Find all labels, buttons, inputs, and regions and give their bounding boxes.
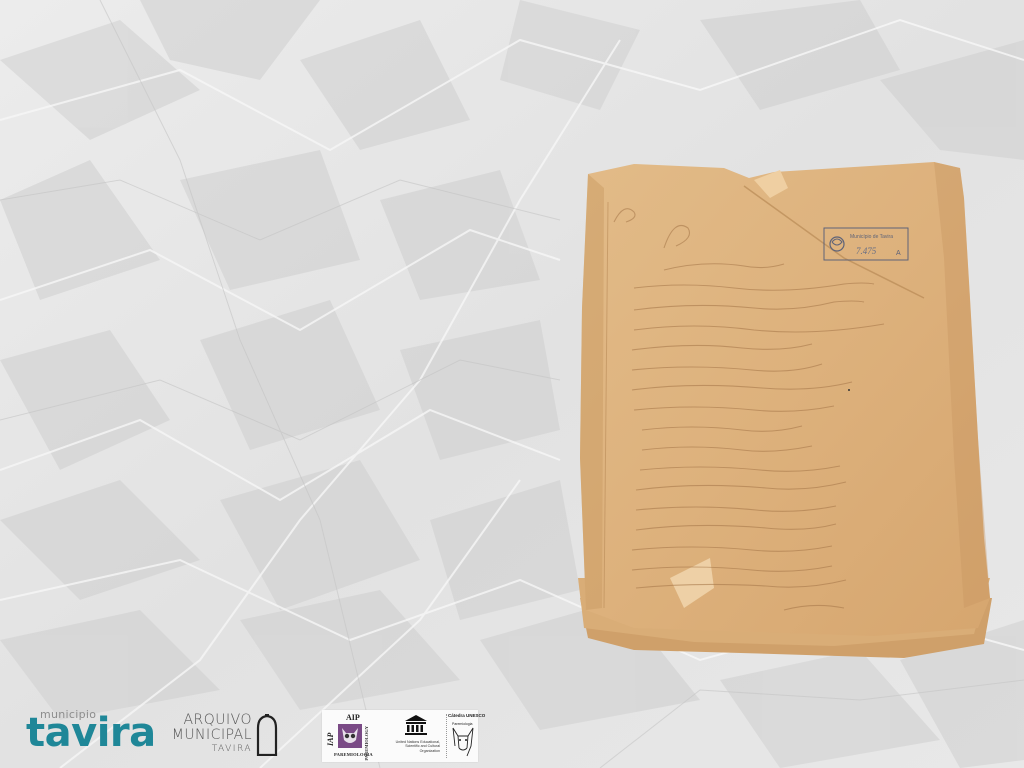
logo-tavira-small-text: TAVIRA — [212, 744, 252, 754]
svg-text:Município de Tavira: Município de Tavira — [850, 234, 893, 240]
unesco-temple-icon — [404, 714, 428, 736]
logo-arquivo-text: ARQUIVO — [183, 712, 252, 728]
owl-icon — [338, 724, 362, 748]
svg-text:A: A — [896, 250, 901, 257]
svg-text:7.475: 7.475 — [856, 246, 877, 256]
partner-logos-box: AIP IAP PAREMIOLOGY PAREMIOLOGIA United … — [322, 710, 478, 762]
arquivo-municipal-logo: ARQUIVO MUNICIPAL TAVIRA — [172, 712, 282, 758]
municipio-tavira-logo: municipio tavira — [26, 708, 158, 756]
owl-sketch-icon — [450, 726, 476, 758]
catedra-title: Cátedra UNESCO — [448, 713, 485, 718]
unesco-logo: United Nations Educational, Scientific a… — [386, 712, 444, 760]
aip-logo: AIP IAP PAREMIOLOGY PAREMIOLOGIA — [324, 712, 384, 760]
logo-tavira-text: tavira — [26, 711, 156, 755]
arch-door-icon — [256, 714, 278, 756]
catedra-paremiologia-logo: Cátedra UNESCO Paremiologia — [448, 712, 478, 760]
manuscript-image: Município de Tavira 7.475 A — [574, 158, 994, 660]
divider — [446, 714, 447, 758]
paremiologia-text: PAREMIOLOGIA — [334, 752, 373, 757]
iap-side-text: IAP — [326, 733, 335, 746]
logo-municipal-text: MUNICIPAL — [172, 727, 252, 743]
unesco-text: United Nations Educational, Scientific a… — [388, 740, 440, 753]
aip-title: AIP — [346, 713, 360, 722]
